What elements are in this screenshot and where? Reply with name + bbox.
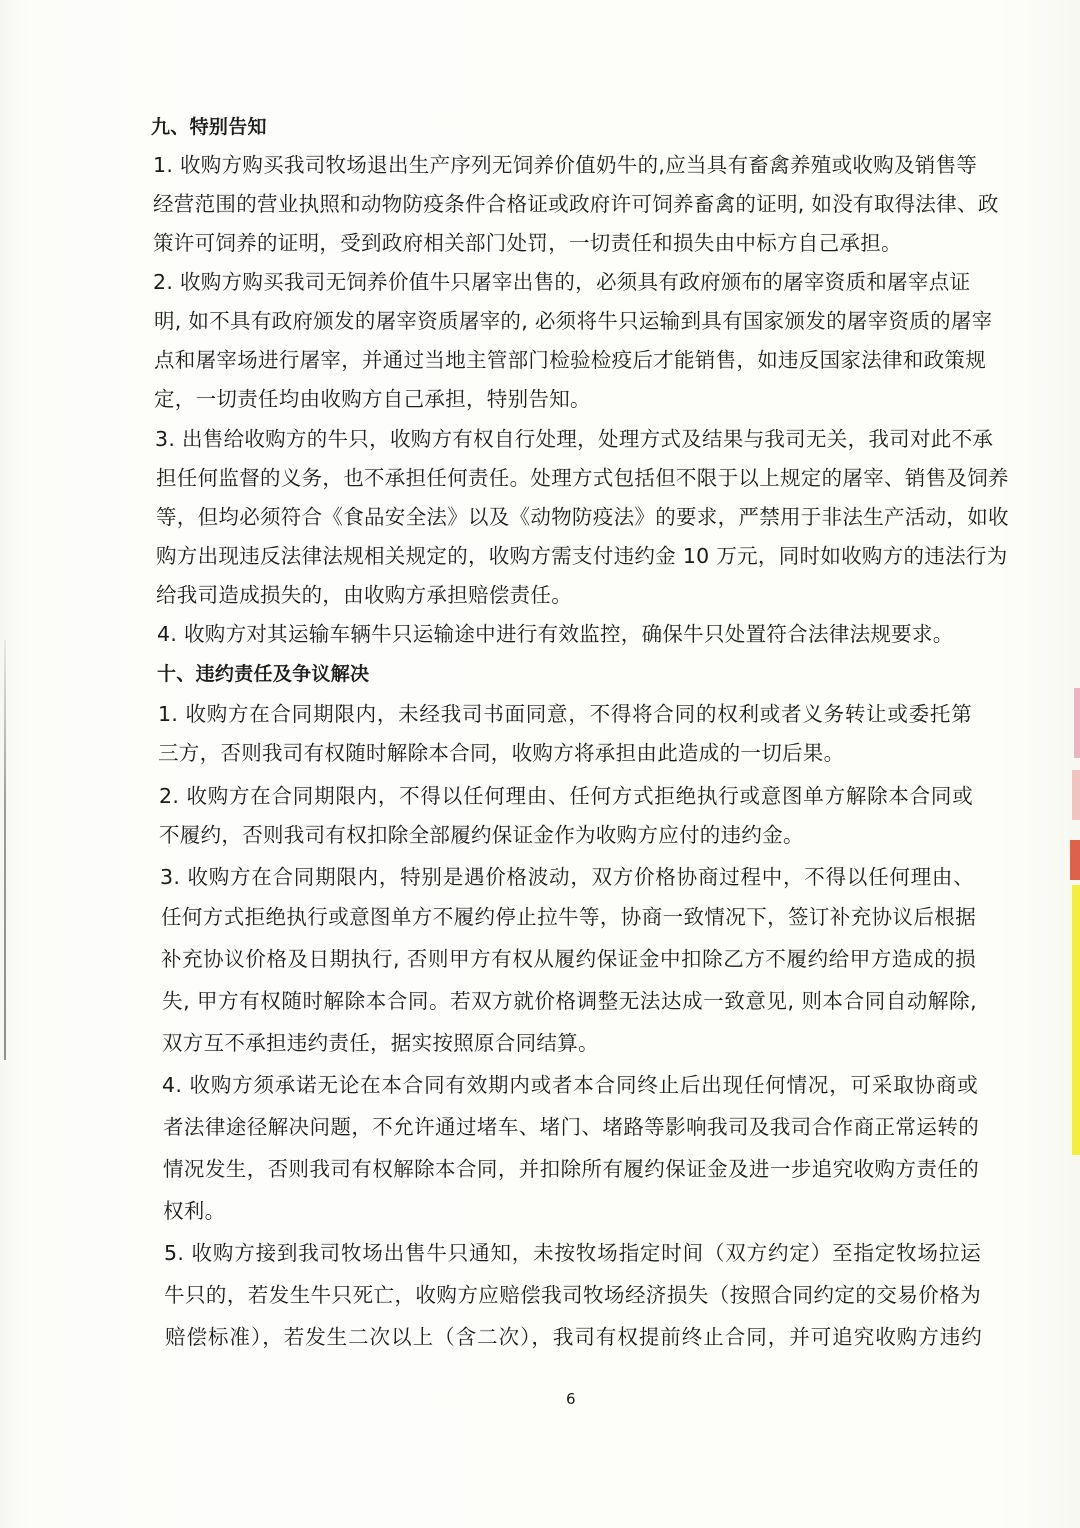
text-line: 权利。: [163, 1198, 263, 1224]
seal-fragment: [1070, 840, 1080, 880]
text-line: 给我司造成损失的，由收购方承担赔偿责任。: [156, 582, 576, 608]
text-line: 1. 收购方购买我司牧场退出生产序列无饲养价值奶牛的,应当具有畜禽养殖或收购及销…: [153, 152, 965, 178]
page-number: 6: [566, 1390, 576, 1408]
section-heading: 十、违约责任及争议解决: [157, 661, 417, 687]
text-line: 5. 收购方接到我司牧场出售牛只通知，未按牧场指定时间（双方约定）至指定牧场拉运: [164, 1240, 981, 1266]
text-line: 任何方式拒绝执行或意图单方不履约停止拉牛等，协商一致情况下，签订补充协议后根据: [161, 904, 976, 930]
text-line: 明, 如不具有政府颁发的屠宰资质屠宰的, 必须将牛只运输到具有国家颁发的屠宰资质…: [154, 308, 968, 334]
text-line: 2. 收购方在合同期限内，不得以任何理由、任何方式拒绝执行或意图单方解除本合同或: [159, 783, 973, 809]
text-line: 三方，否则我司有权随时解除本合同，收购方将承担由此造成的一切后果。: [158, 740, 878, 766]
text-line: 情况发生，否则我司有权解除本合同，并扣除所有履约保证金及进一步追究收购方责任的: [163, 1156, 979, 1182]
text-line: 购方出现违反法律法规相关规定的，收购方需支付违约金 10 万元，同时如收购方的违…: [156, 543, 971, 569]
text-line: 赔偿标准），若发生二次以上（含二次），我司有权提前终止合同，并可追究收购方违约: [165, 1324, 982, 1350]
text-line: 者法律途径解决问题，不允许通过堵车、堵门、堵路等影响我司及我司合作商正常运转的: [163, 1114, 979, 1140]
text-line: 不履约，否则我司有权扣除全部履约保证金作为收购方应付的违约金。: [159, 822, 819, 848]
text-line: 2. 收购方购买我司无饲养价值牛只屠宰出售的，必须具有政府颁布的屠宰资质和屠宰点…: [153, 269, 967, 295]
text-line: 牛只的，若发生牛只死亡，收购方应赔偿我司牧场经济损失（按照合同约定的交易价格为: [164, 1282, 981, 1308]
page-tab-marker: [1072, 885, 1080, 1155]
text-line: 点和屠宰场进行屠宰，并通过当地主管部门检验检疫后才能销售，如违反国家法律和政策规: [154, 347, 968, 373]
text-line: 策许可饲养的证明，受到政府相关部门处罚，一切责任和损失由中标方自己承担。: [153, 230, 893, 256]
text-line: 担任何监督的义务，也不承担任何责任。处理方式包括但不限于以上规定的屠宰、销售及饲…: [156, 465, 970, 491]
seal-fragment: [1072, 770, 1080, 820]
text-line: 3. 收购方在合同期限内，特别是遇价格波动，双方价格协商过程中，不得以任何理由、: [160, 864, 974, 890]
text-line: 4. 收购方须承诺无论在本合同有效期内或者本合同终止后出现任何情况，可采取协商或: [162, 1072, 978, 1098]
text-line: 定，一切责任均由收购方自己承担，特别告知。: [154, 386, 594, 412]
seal-fragment: [1074, 688, 1080, 758]
section-heading: 九、特别告知: [151, 114, 351, 140]
text-line: 经营范围的营业执照和动物防疫条件合格证或政府许可饲养畜禽的证明, 如没有取得法律…: [153, 191, 967, 217]
text-line: 补充协议价格及日期执行, 否则甲方有权从履约保证金中扣除乙方不履约给甲方造成的损: [161, 946, 976, 972]
text-line: 等，但均必须符合《食品安全法》以及《动物防疫法》的要求，严禁用于非法生产活动，如…: [156, 504, 971, 530]
page-edge-shadow: [4, 640, 6, 1060]
text-line: 4. 收购方对其运输车辆牛只运输途中进行有效监控，确保牛只处置符合法律法规要求。: [157, 621, 957, 647]
document-page: 九、特别告知 1. 收购方购买我司牧场退出生产序列无饲养价值奶牛的,应当具有畜禽…: [0, 0, 1080, 1528]
text-line: 3. 出售给收购方的牛只，收购方有权自行处理，处理方式及结果与我司无关，我司对此…: [155, 426, 969, 452]
text-line: 双方互不承担违约责任，据实按照原合同结算。: [162, 1030, 622, 1056]
text-line: 失, 甲方有权随时解除本合同。若双方就价格调整无法达成一致意见, 则本合同自动解…: [162, 988, 977, 1014]
text-line: 1. 收购方在合同期限内，未经我司书面同意，不得将合同的权利或者义务转让或委托第: [158, 701, 972, 727]
